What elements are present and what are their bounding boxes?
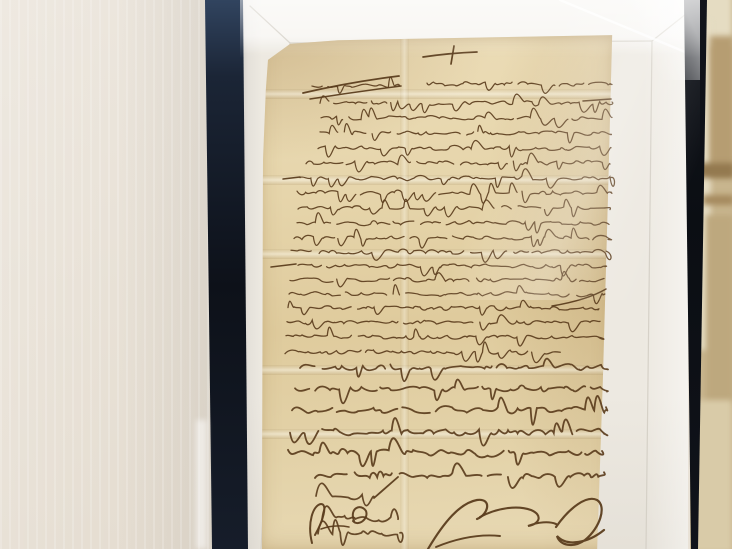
wall-left [0,0,214,549]
door-panel [710,36,732,176]
door-panel-lower [706,215,732,405]
framed-manuscript-photo [0,0,732,549]
manuscript-paper [258,33,615,549]
paper-crease [258,89,615,99]
door-ledge-shadow [700,163,732,178]
paper-crease [258,365,615,375]
paper-crease [258,175,615,185]
frame-light-sliver [196,420,207,549]
paper-crease [258,429,615,439]
door-ledge-shadow-2 [703,195,732,205]
paper-crease-vertical [400,33,409,549]
paper-crease [258,249,615,259]
